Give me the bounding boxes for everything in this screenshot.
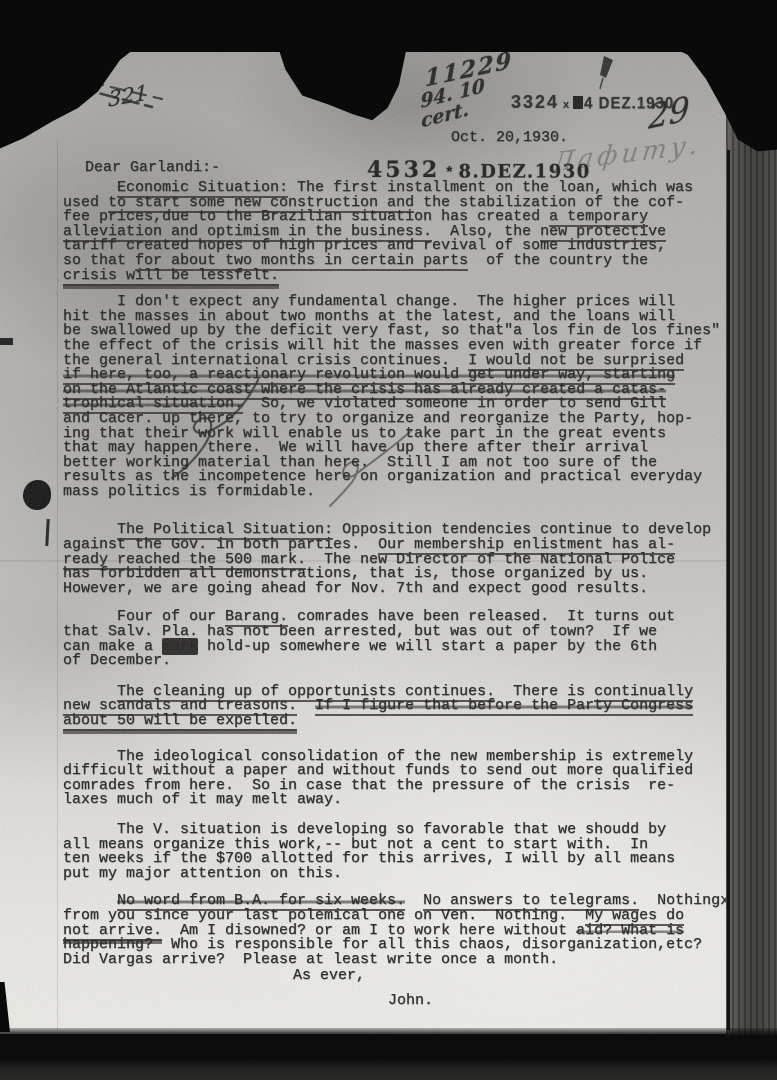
punch-hole-dot: [23, 480, 51, 510]
stamp-number: 3324: [511, 92, 559, 113]
typed-line: laxes much of it may melt away.: [63, 793, 725, 808]
marked-text: If I figure that before the Party Congre…: [315, 697, 693, 716]
typed-line: of December.: [63, 654, 725, 669]
letter: Economic Situation: The first installmen…: [63, 161, 725, 1009]
paragraph: Economic Situation: The first installmen…: [63, 181, 725, 283]
paragraph: Four of our Barang. comrades have been r…: [63, 610, 725, 668]
paragraph: No word from B.A. for six weeks. No answ…: [63, 894, 725, 967]
paragraph: I don't expect any fundamental change. T…: [63, 295, 725, 499]
typed-text: put my major attention on this.: [63, 865, 342, 882]
received-date-stamp: 3324 x 4 DEZ.1930: [511, 92, 674, 113]
typed-text: [297, 697, 315, 714]
typed-text: hold-up somewhere we will start a paper …: [198, 638, 657, 655]
marked-text: about 50 will be expelled.: [63, 712, 297, 731]
stamp-number: 4532: [367, 157, 440, 183]
typed-text: However, we are going ahead for Nov. 7th…: [63, 580, 648, 597]
paragraph: The cleaning up of opportunists continue…: [63, 685, 725, 729]
signature: John.: [63, 994, 725, 1009]
typed-text: laxes much of it may melt away.: [63, 791, 342, 808]
paper-right-edge-line: [727, 150, 730, 1030]
letter-body: Economic Situation: The first installmen…: [63, 181, 725, 967]
registry-date-stamp: 4532 * 8.DEZ.1930: [367, 157, 591, 183]
marked-text: crisis will be lessfelt.: [63, 267, 279, 286]
typed-line: Did Vargas arrive? Please at least write…: [63, 953, 725, 968]
scanned-letter-page: { "annotations": { "crossed_number": "32…: [0, 0, 777, 1080]
stamp-separator: *: [446, 164, 452, 182]
typed-text: Did Vargas arrive? Please at least write…: [63, 951, 558, 968]
dark-band-bottom: [0, 1028, 777, 1080]
paragraph: The Political Situation: Opposition tend…: [63, 523, 725, 596]
left-edge-mark: [0, 338, 13, 345]
stamp-date: 4 DEZ.1930: [584, 94, 674, 112]
stamp-date: 8.DEZ.1930: [458, 160, 590, 182]
paragraph: The V. situation is developing so favora…: [63, 823, 725, 881]
vertical-crease: [57, 140, 58, 1030]
book-spine-edge: [726, 0, 777, 1080]
paragraph: The ideological consolidation of the new…: [63, 750, 725, 808]
closing: As ever,: [63, 969, 725, 984]
typed-line: However, we are going ahead for Nov. 7th…: [63, 582, 725, 597]
typed-text: mass politics is formidable.: [63, 483, 315, 500]
typed-line: about 50 will be expelled.: [63, 714, 725, 729]
typed-line: put my major attention on this.: [63, 867, 725, 882]
typed-date: Oct. 20,1930.: [451, 131, 568, 146]
stamp-ink-blot: [573, 96, 583, 109]
typed-text: of December.: [63, 652, 171, 669]
typed-text: of the country the: [468, 252, 648, 269]
typed-line: mass politics is formidable.: [63, 485, 725, 500]
stamp-separator: x: [563, 99, 569, 111]
